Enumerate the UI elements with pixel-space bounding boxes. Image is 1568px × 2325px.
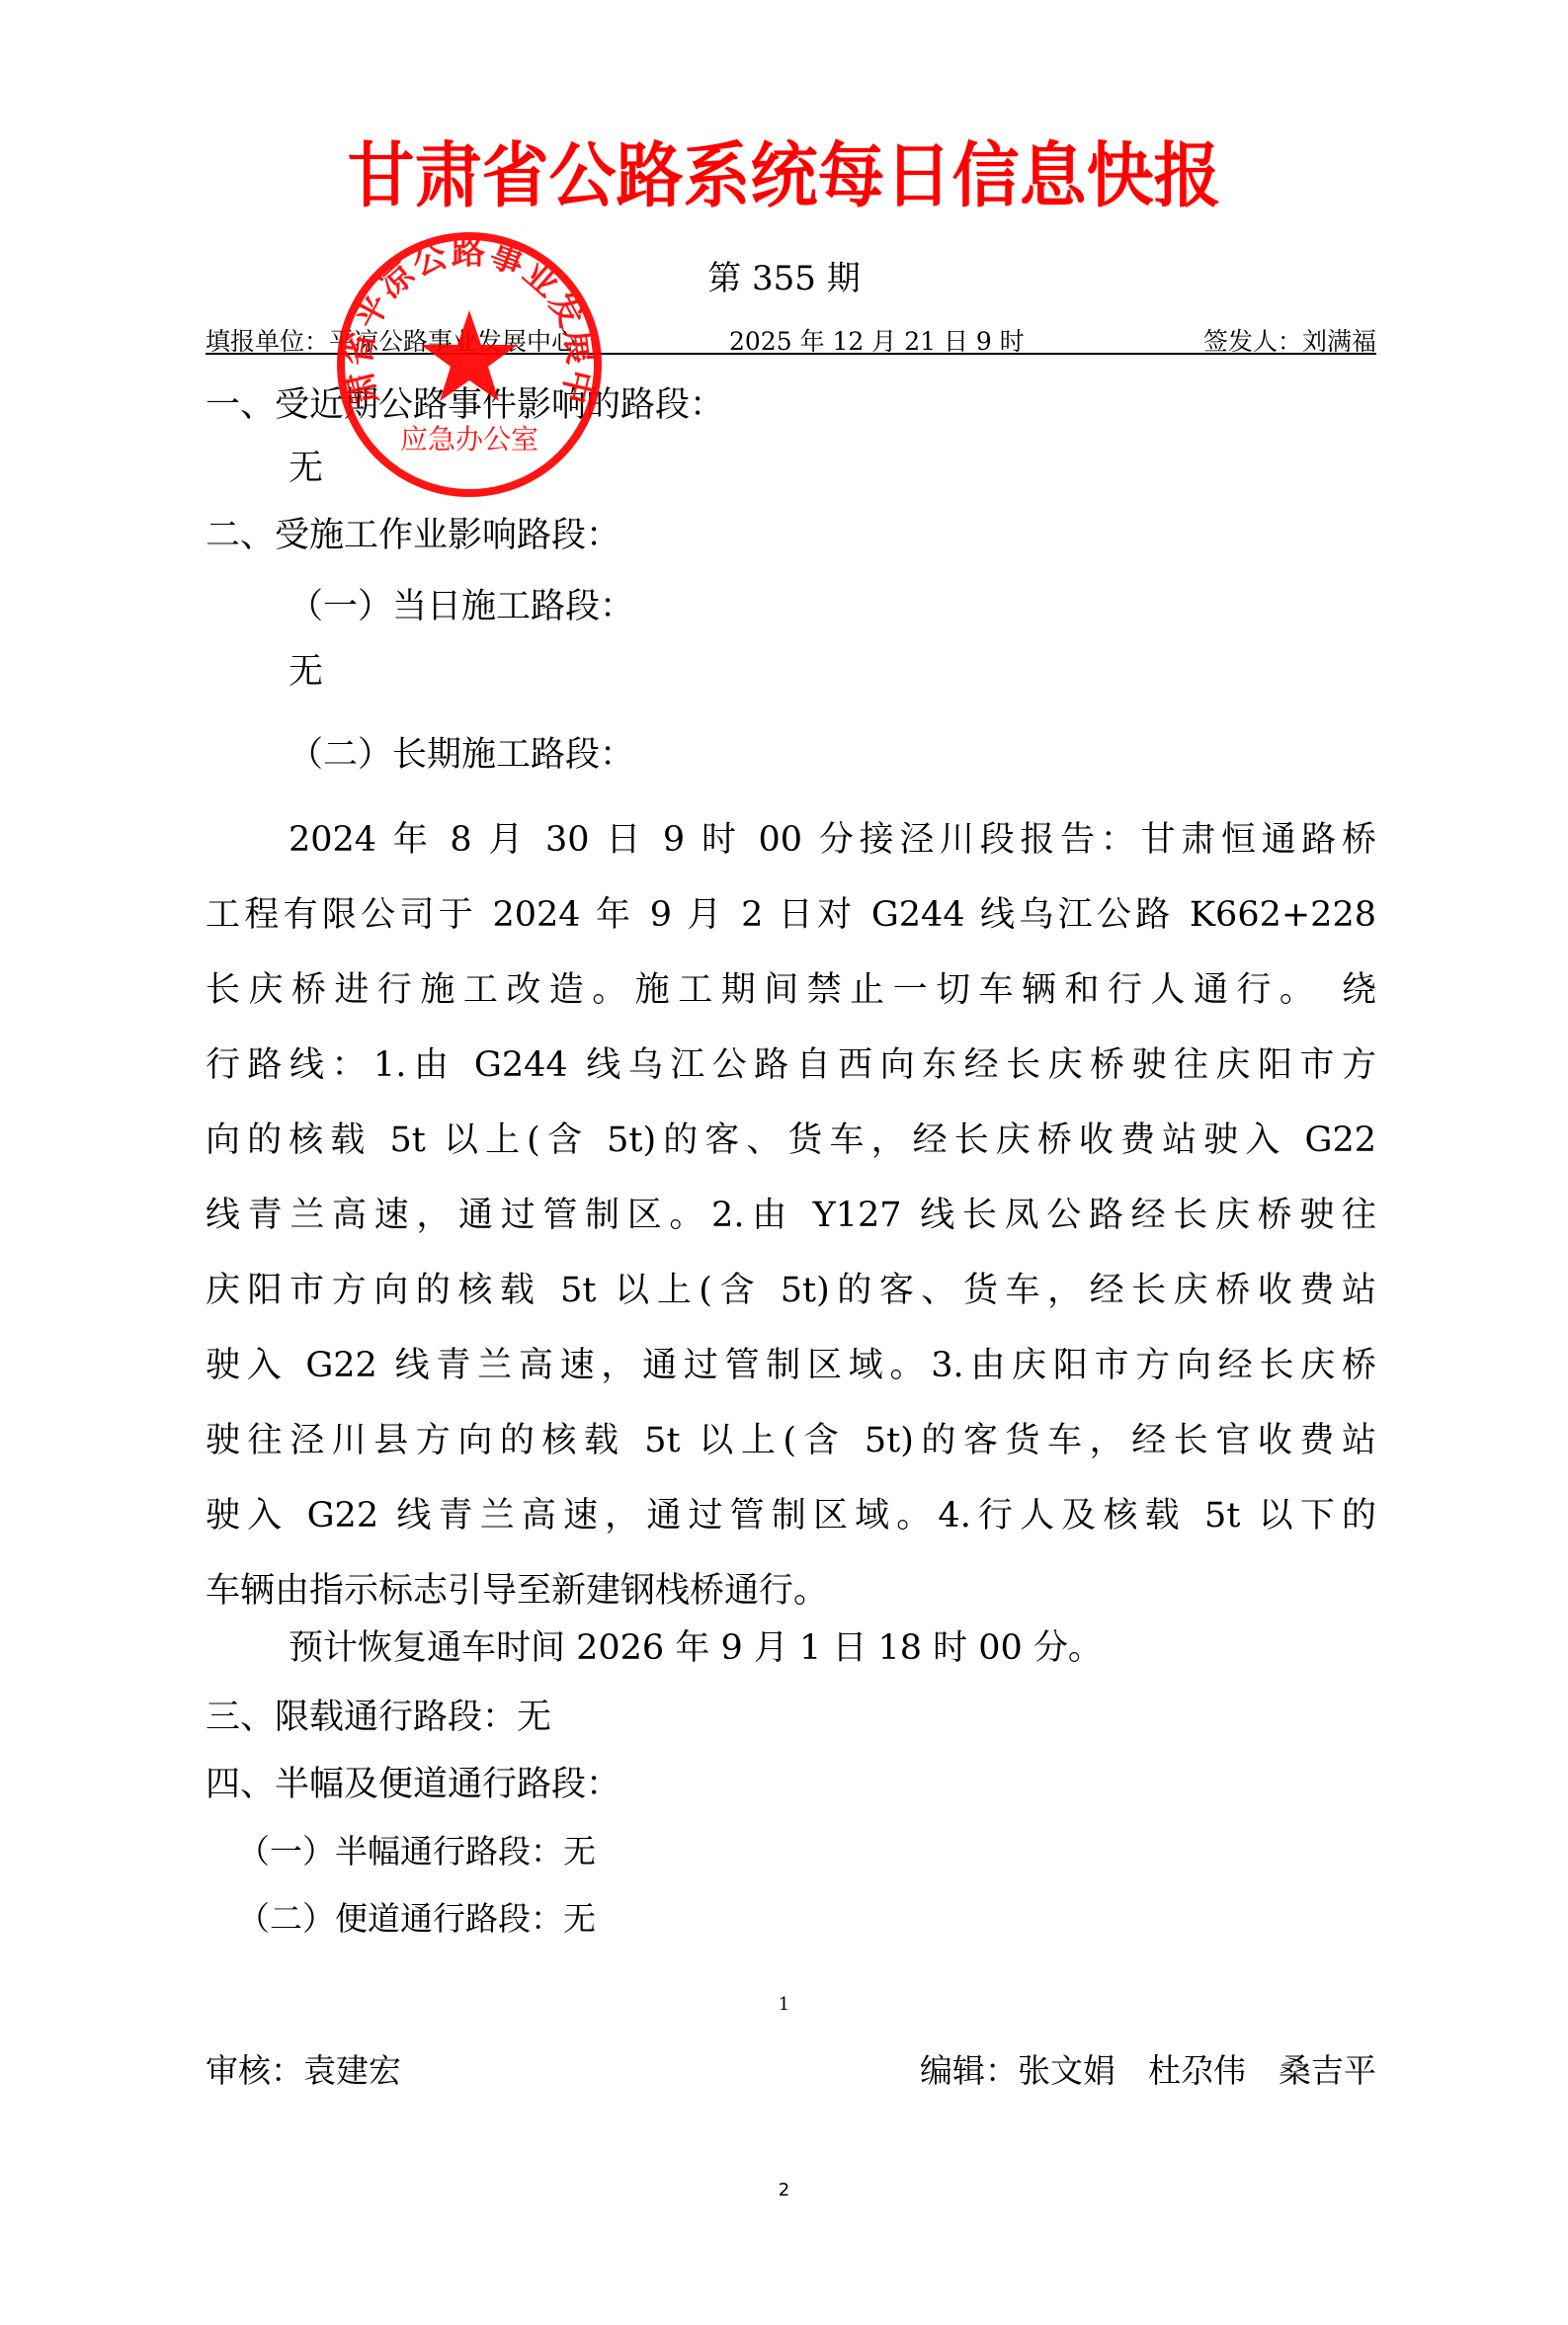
paragraph-line: 向的核载 5t 以上(含 5t)的客、货车，经长庆桥收费站驶入 G22 (206, 1103, 1376, 1178)
paragraph-line: 工程有限公司于 2024 年 9 月 2 日对 G244 线乌江公路 K662+… (206, 877, 1376, 953)
paragraph-line: 行路线：1.由 G244 线乌江公路自西向东经长庆桥驶往庆阳市方 (206, 1028, 1376, 1103)
section-4-sub2: （二）便道通行路段：无 (237, 1893, 596, 1940)
long-term-construction-paragraph: 2024 年 8 月 30 日 9 时 00 分接泾川段报告：甘肃恒通路桥 工程… (206, 802, 1376, 1628)
page-number: 1 (0, 1994, 1568, 2015)
paragraph-line: 庆阳市方向的核载 5t 以上(含 5t)的客、货车，经长庆桥收费站 (206, 1253, 1376, 1328)
paragraph-line: 2024 年 8 月 30 日 9 时 00 分接泾川段报告：甘肃恒通路桥 (206, 802, 1376, 877)
paragraph-line: 车辆由指示标志引导至新建钢栈桥通行。 (206, 1553, 1376, 1628)
section-2-sub1-heading: （一）当日施工路段： (289, 579, 634, 628)
paragraph-line: 驶入 G22 线青兰高速，通过管制区域。4.行人及核载 5t 以下的 (206, 1478, 1376, 1553)
section-2-sub2-heading: （二）长期施工路段： (289, 727, 634, 777)
reviewer: 审核：袁建宏 (206, 2045, 401, 2092)
section-3-heading: 三、限载通行路段：无 (206, 1690, 551, 1739)
section-1-heading: 一、受近期公路事件影响的路段： (206, 377, 724, 427)
meta-row: 填报单位：平凉公路事业发展中心 2025 年 12 月 21 日 9 时 签发人… (206, 318, 1376, 358)
expected-reopen-time: 预计恢复通车时间 2026 年 9 月 1 日 18 时 00 分。 (289, 1620, 1103, 1670)
paragraph-line: 驶入 G22 线青兰高速，通过管制区域。3.由庆阳市方向经长庆桥 (206, 1328, 1376, 1403)
issue-number: 第 355 期 (0, 251, 1568, 299)
section-1-content: 无 (289, 441, 323, 490)
paragraph-line: 驶往泾川县方向的核载 5t 以上(含 5t)的客货车，经长官收费站 (206, 1403, 1376, 1478)
section-4-heading: 四、半幅及便道通行路段： (206, 1757, 620, 1806)
paragraph-line: 长庆桥进行施工改造。施工期间禁止一切车辆和行人通行。 绕 (206, 953, 1376, 1028)
stamp-bottom-text: 应急办公室 (400, 423, 538, 456)
report-title: 甘肃省公路系统每日信息快报 (0, 121, 1568, 221)
section-2-heading: 二、受施工作业影响路段： (206, 508, 620, 557)
editors: 编辑：张文娟 杜尕伟 桑吉平 (920, 2045, 1376, 2092)
section-4-sub1: （一）半幅通行路段：无 (237, 1826, 596, 1872)
paragraph-line: 线青兰高速，通过管制区。2.由 Y127 线长凤公路经长庆桥驶往 (206, 1178, 1376, 1253)
header-divider (206, 353, 1376, 355)
section-2-sub1-content: 无 (289, 644, 323, 694)
page-number-2: 2 (0, 2180, 1568, 2200)
